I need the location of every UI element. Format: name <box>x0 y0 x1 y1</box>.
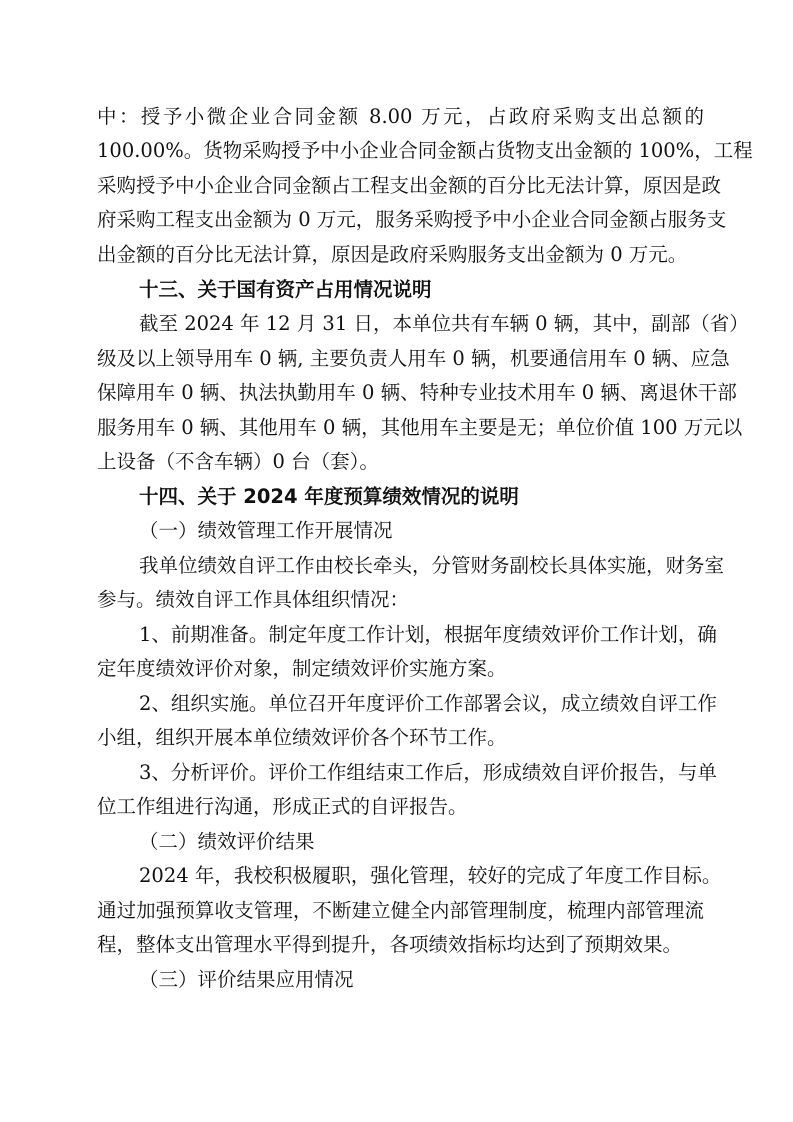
paragraph-line: 通过加强预算收支管理，不断建立健全内部管理制度，梳理内部管理流 <box>97 898 704 924</box>
paragraph-line: 服务用车 0 辆、其他用车 0 辆，其他用车主要是无；单位价值 100 万元以 <box>97 415 704 441</box>
paragraph-line: 上设备（不含车辆）0 台（套）。 <box>97 449 704 475</box>
paragraph-line: 位工作组进行沟通，形成正式的自评报告。 <box>97 794 704 820</box>
paragraph-line: 我单位绩效自评工作由校长牵头，分管财务副校长具体实施，财务室 <box>139 553 704 579</box>
subsection-heading-1: （一）绩效管理工作开展情况 <box>139 518 393 544</box>
paragraph-line: 中：授予小微企业合同金额 8.00 万元，占政府采购支出总额的 <box>97 104 704 130</box>
paragraph-line: 1、前期准备。制定年度工作计划，根据年度绩效评价工作计划，确 <box>139 622 704 648</box>
paragraph-line: 采购授予中小企业合同金额占工程支出金额的百分比无法计算，原因是政 <box>97 173 704 199</box>
paragraph-line: 小组，组织开展本单位绩效评价各个环节工作。 <box>97 725 704 751</box>
paragraph-line: 出金额的百分比无法计算，原因是政府采购服务支出金额为 0 万元。 <box>97 242 704 268</box>
section-heading-14: 十四、关于 2024 年度预算绩效情况的说明 <box>139 484 519 510</box>
subsection-heading-3: （三）评价结果应用情况 <box>139 967 354 993</box>
subsection-heading-2: （二）绩效评价结果 <box>139 829 315 855</box>
paragraph-line: 3、分析评价。评价工作组结束工作后，形成绩效自评价报告，与单 <box>139 760 704 786</box>
paragraph-line: 截至 2024 年 12 月 31 日，本单位共有车辆 0 辆，其中，副部（省） <box>139 311 704 337</box>
paragraph-line: 级及以上领导用车 0 辆, 主要负责人用车 0 辆，机要通信用车 0 辆、应急 <box>97 346 704 372</box>
paragraph-line: 100.00%。货物采购授予中小企业合同金额占货物支出金额的 100%，工程 <box>97 138 704 164</box>
section-heading-13: 十三、关于国有资产占用情况说明 <box>139 277 432 303</box>
paragraph-line: 府采购工程支出金额为 0 万元，服务采购授予中小企业合同金额占服务支 <box>97 207 704 233</box>
paragraph-line: 定年度绩效评价对象，制定绩效评价实施方案。 <box>97 656 704 682</box>
paragraph-line: 程，整体支出管理水平得到提升，各项绩效指标均达到了预期效果。 <box>97 932 704 958</box>
paragraph-line: 2024 年，我校积极履职，强化管理，较好的完成了年度工作目标。 <box>139 863 704 889</box>
paragraph-line: 参与。绩效自评工作具体组织情况： <box>97 587 704 613</box>
paragraph-line: 2、组织实施。单位召开年度评价工作部署会议，成立绩效自评工作 <box>139 691 704 717</box>
paragraph-line: 保障用车 0 辆、执法执勤用车 0 辆、特种专业技术用车 0 辆、离退休干部 <box>97 380 704 406</box>
